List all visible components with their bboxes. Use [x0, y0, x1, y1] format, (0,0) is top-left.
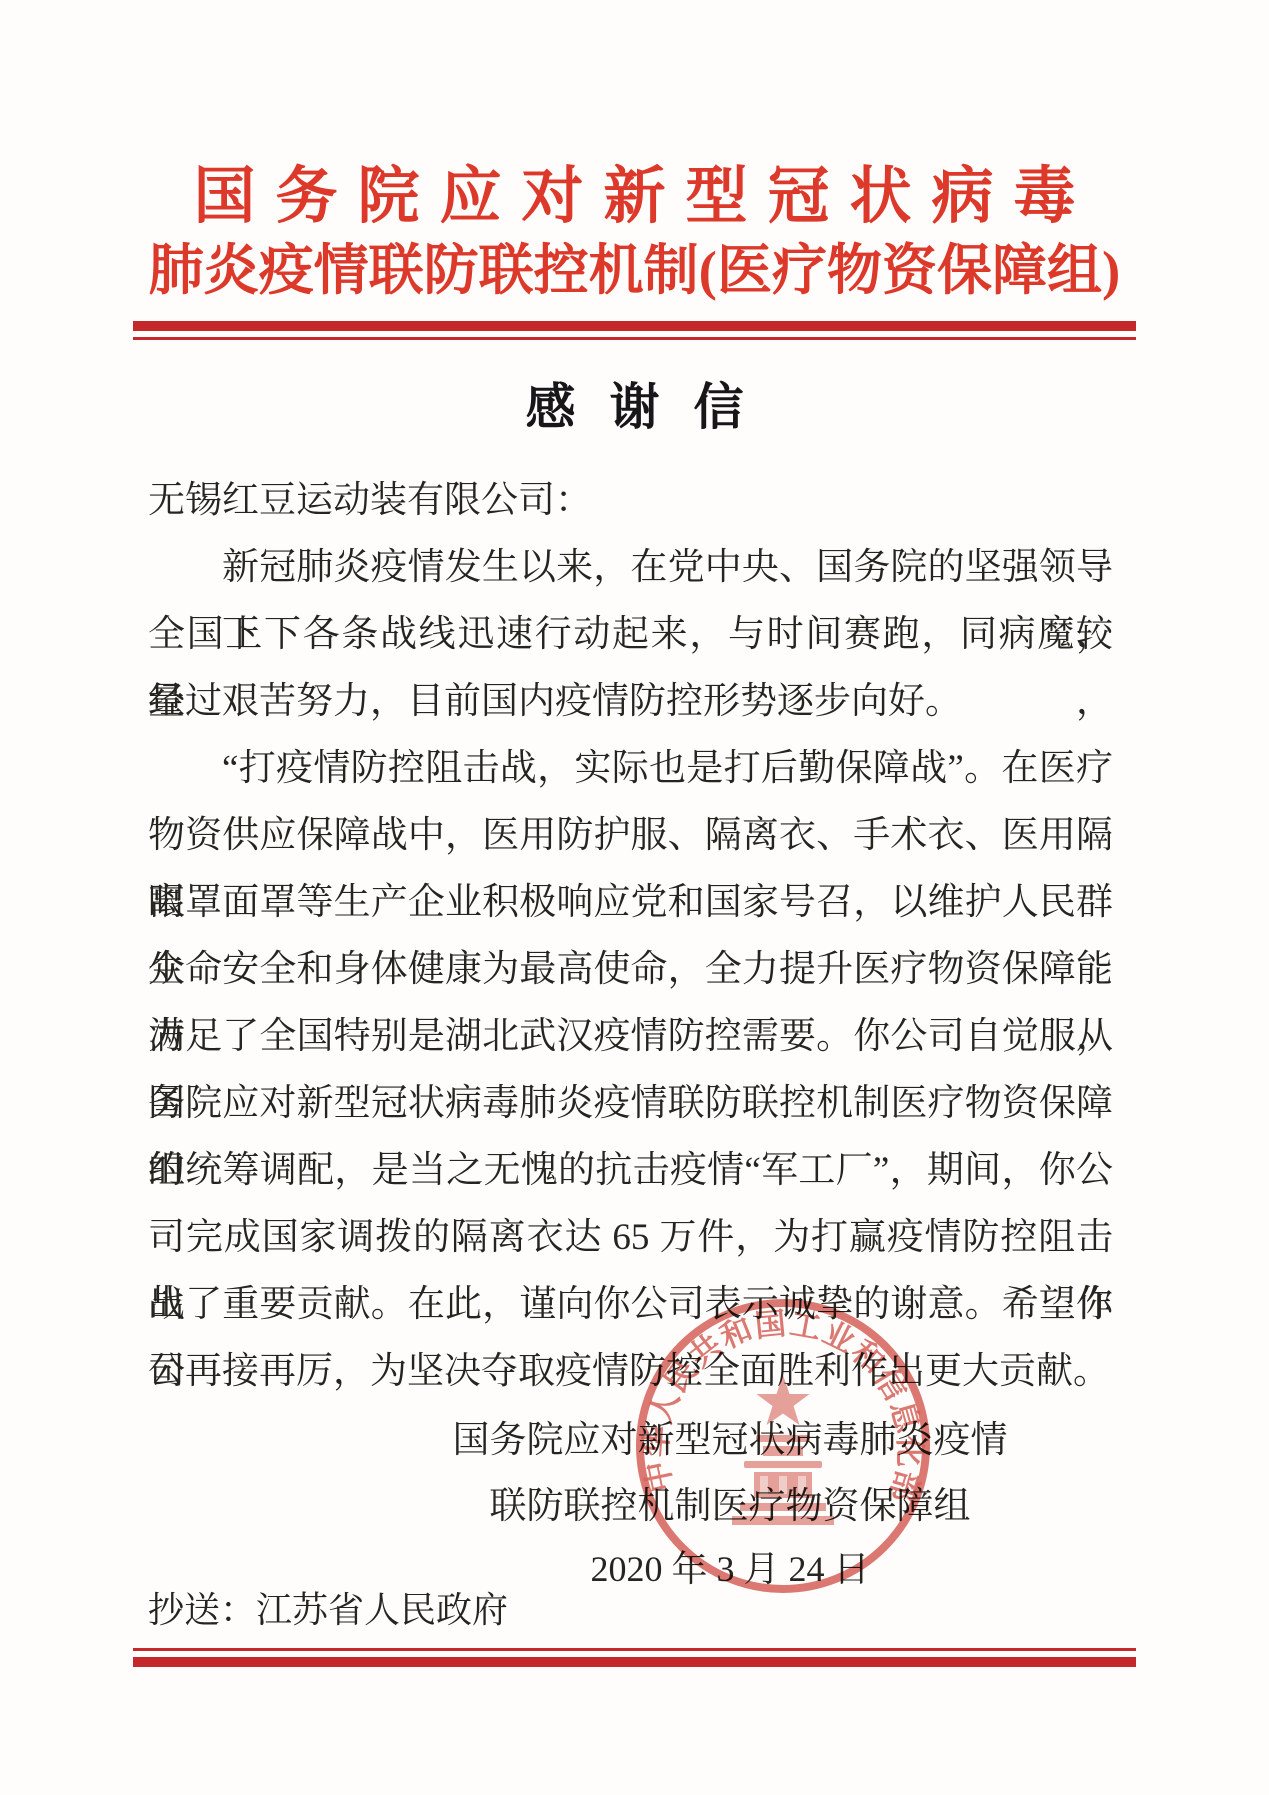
signature-org-line2: 联防联控机制医疗物资保障组 [420, 1474, 1040, 1540]
signature-date: 2020 年 3 月 24 日 [420, 1540, 1040, 1598]
body-line: “打疫情防控阻击战，实际也是打后勤保障战”。在医疗 [148, 735, 1113, 802]
salutation: 无锡红豆运动装有限公司： [148, 467, 1113, 534]
letter-body: 无锡红豆运动装有限公司： 新冠肺炎疫情发生以来，在党中央、国务院的坚强领导下， … [148, 467, 1113, 1405]
top-divider [133, 321, 1136, 340]
top-divider-thin-line [133, 337, 1136, 340]
body-line: 满足了全国特别是湖北武汉疫情防控需要。你公司自觉服从国 [148, 1003, 1113, 1070]
body-line: 生命安全和身体健康为最高使命，全力提升医疗物资保障能力， [148, 936, 1113, 1003]
signature-block: 国务院应对新型冠状病毒肺炎疫情 联防联控机制医疗物资保障组 2020 年 3 月… [420, 1408, 1040, 1598]
body-line: 出了重要贡献。在此，谨向你公司表示诚挚的谢意。希望你公 [148, 1271, 1113, 1338]
body-line: 务院应对新型冠状病毒肺炎疫情联防联控机制医疗物资保障组 [148, 1070, 1113, 1137]
body-line: 司完成国家调拨的隔离衣达 65 万件，为打赢疫情防控阻击战作 [148, 1204, 1113, 1271]
letter-title: 感谢信 [0, 378, 1269, 436]
top-divider-thick-line [133, 321, 1136, 331]
bottom-divider [133, 1648, 1136, 1667]
signature-org-line1: 国务院应对新型冠状病毒肺炎疫情 [420, 1408, 1040, 1474]
letterhead-line1: 国务院应对新型冠状病毒 [0, 160, 1269, 234]
document-page: 国务院应对新型冠状病毒 肺炎疫情联防联控机制(医疗物资保障组) 感谢信 无锡红豆… [0, 0, 1269, 1795]
cc-line: 抄送：江苏省人民政府 [148, 1588, 508, 1632]
body-line: 眼罩面罩等生产企业积极响应党和国家号召，以维护人民群众 [148, 869, 1113, 936]
body-line: 物资供应保障战中，医用防护服、隔离衣、手术衣、医用隔离 [148, 802, 1113, 869]
body-line: 的统筹调配，是当之无愧的抗击疫情“军工厂”，期间，你公 [148, 1137, 1113, 1204]
body-line: 新冠肺炎疫情发生以来，在党中央、国务院的坚强领导下， [148, 534, 1113, 601]
body-line: 全国上下各条战线迅速行动起来，与时间赛跑，同病魔较量， [148, 601, 1113, 668]
bottom-divider-thick-line [133, 1657, 1136, 1667]
body-line: 司再接再厉，为坚决夺取疫情防控全面胜利作出更大贡献。 [148, 1338, 1113, 1405]
letterhead-line2: 肺炎疫情联防联控机制(医疗物资保障组) [0, 238, 1269, 304]
